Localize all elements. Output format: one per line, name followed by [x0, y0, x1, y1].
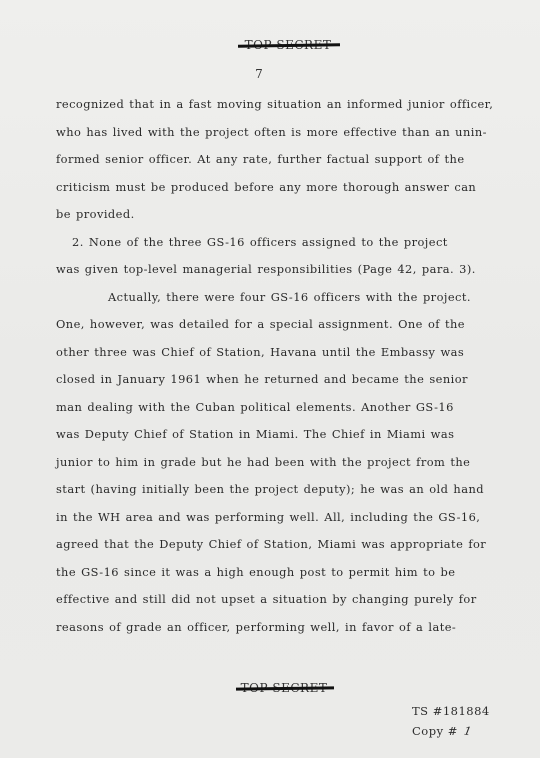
text-line: the GS-16 since it was a high enough pos… [56, 562, 496, 590]
text-line: was Deputy Chief of Station in Miami. Th… [56, 424, 496, 452]
copy-line: Copy #1 [412, 721, 490, 741]
ts-number: TS #181884 [412, 701, 490, 721]
text-line: other three was Chief of Station, Havana… [56, 342, 496, 370]
text-line: recognized that in a fast moving situati… [56, 94, 496, 122]
text-line: closed in January 1961 when he returned … [56, 369, 496, 397]
bottom-classification-marking: TOP SECRET [238, 681, 330, 695]
text-line: man dealing with the Cuban political ele… [56, 397, 496, 425]
text-line: in the WH area and was performing well. … [56, 507, 496, 535]
text-line: agreed that the Deputy Chief of Station,… [56, 534, 496, 562]
body-text: recognized that in a fast moving situati… [56, 94, 496, 644]
text-line: effective and still did not upset a situ… [56, 589, 496, 617]
text-line: junior to him in grade but he had been w… [56, 452, 496, 480]
text-line: formed senior officer. At any rate, furt… [56, 149, 496, 177]
text-line: who has lived with the project often is … [56, 122, 496, 150]
top-classification-marking: TOP SECRET [240, 38, 336, 52]
document-reference: TS #181884 Copy #1 [412, 701, 490, 741]
paragraph-2-start: 2. None of the three GS-16 officers assi… [56, 232, 496, 260]
text-line: start (having initially been the project… [56, 479, 496, 507]
copy-number-handwritten: 1 [462, 720, 473, 741]
text-line: be provided. [56, 204, 496, 232]
response-paragraph-start: Actually, there were four GS-16 officers… [56, 287, 496, 315]
copy-label: Copy # [412, 724, 458, 738]
page-number: 7 [252, 67, 266, 81]
text-line: was given top-level managerial responsib… [56, 259, 496, 287]
text-line: criticism must be produced before any mo… [56, 177, 496, 205]
text-line: One, however, was detailed for a special… [56, 314, 496, 342]
text-line: reasons of grade an officer, performing … [56, 617, 496, 645]
document-page: TOP SECRET 7 recognized that in a fast m… [0, 0, 540, 758]
